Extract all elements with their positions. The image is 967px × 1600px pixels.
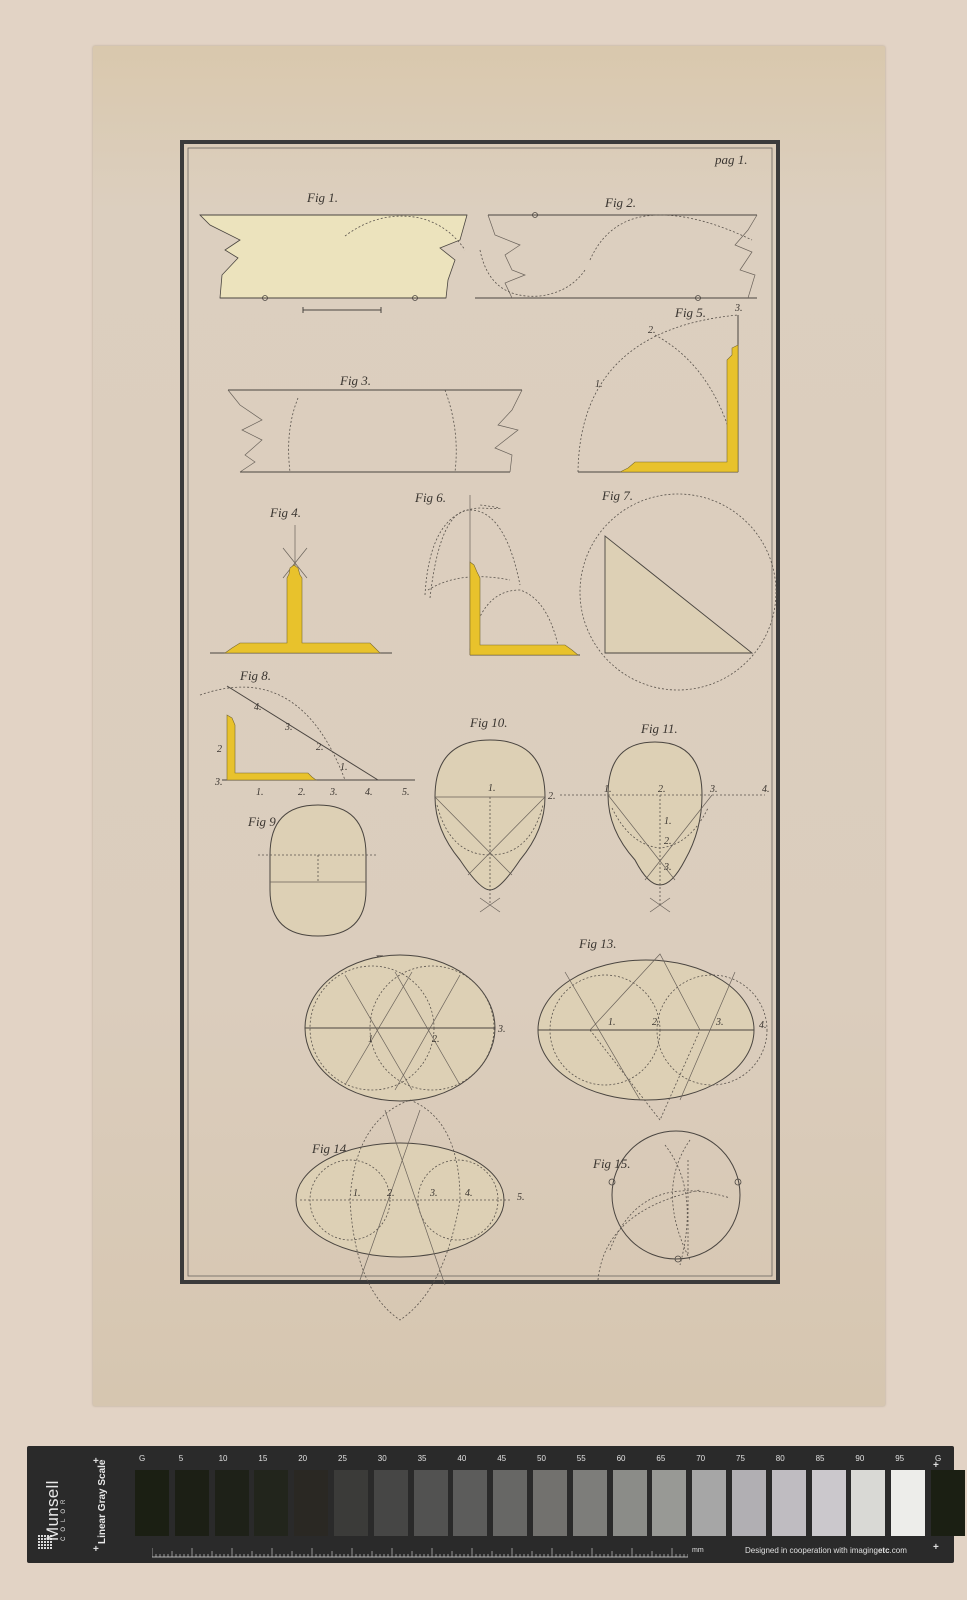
svg-text:3.: 3. <box>715 1017 724 1028</box>
gray-swatch <box>533 1470 567 1536</box>
svg-text:1.: 1. <box>604 784 612 795</box>
svg-text:2.: 2. <box>316 742 324 753</box>
svg-text:2.: 2. <box>432 1034 440 1045</box>
swatch-label: 65 <box>656 1454 690 1463</box>
svg-text:2.: 2. <box>548 791 556 802</box>
gray-swatch <box>374 1470 408 1536</box>
figure-6: Fig 6. <box>414 490 580 655</box>
swatch-label: 25 <box>338 1454 372 1463</box>
gray-swatch <box>215 1470 249 1536</box>
page-label: pag 1. <box>714 152 748 167</box>
registration-mark-icon: + <box>93 1544 99 1555</box>
svg-text:2.: 2. <box>664 836 672 847</box>
figure-8-label: Fig 8. <box>239 668 271 683</box>
gray-swatch <box>453 1470 487 1536</box>
figure-12: Fig 12. 1 2. 3. <box>305 952 506 1101</box>
swatch-label: 90 <box>855 1454 889 1463</box>
svg-text:2.: 2. <box>652 1017 660 1028</box>
svg-text:2: 2 <box>217 744 222 755</box>
scale-name: Linear Gray Scale <box>97 1460 108 1545</box>
gray-swatch <box>573 1470 607 1536</box>
svg-text:1: 1 <box>368 1034 373 1045</box>
figure-9-label: Fig 9. <box>247 814 279 829</box>
munsell-brand: Munsell COLOR <box>43 1480 67 1541</box>
figure-15: Fig 15. <box>592 1131 741 1280</box>
mark: 2. <box>648 325 656 336</box>
swatch-label: 95 <box>895 1454 929 1463</box>
figure-2: Fig 2. <box>475 195 757 301</box>
gray-swatch <box>294 1470 328 1536</box>
figure-11-label: Fig 11. <box>640 721 678 736</box>
gray-swatch <box>772 1470 806 1536</box>
swatch-label: 40 <box>457 1454 491 1463</box>
swatch-label: 10 <box>219 1454 253 1463</box>
gray-swatch <box>891 1470 925 1536</box>
swatch-label: G <box>935 1454 967 1463</box>
swatch-label: 30 <box>378 1454 412 1463</box>
svg-text:3.: 3. <box>214 777 223 788</box>
munsell-gray-scale-chart: Munsell COLOR Linear Gray Scale + + + + … <box>27 1446 954 1563</box>
svg-text:5.: 5. <box>517 1192 525 1203</box>
gray-swatch <box>613 1470 647 1536</box>
mm-ruler <box>152 1546 688 1558</box>
gray-swatch <box>652 1470 686 1536</box>
svg-text:2.: 2. <box>298 787 306 798</box>
svg-text:3.: 3. <box>284 722 293 733</box>
registration-mark-icon: + <box>933 1542 939 1553</box>
swatch-label: G <box>139 1454 173 1463</box>
svg-text:1.: 1. <box>340 762 348 773</box>
figure-15-label: Fig 15. <box>592 1156 631 1171</box>
svg-text:1.: 1. <box>256 787 264 798</box>
svg-text:4.: 4. <box>365 787 373 798</box>
swatch-label: 85 <box>816 1454 850 1463</box>
svg-text:3.: 3. <box>329 787 338 798</box>
gray-swatch <box>931 1470 965 1536</box>
figure-5: Fig 5. 3. 2. 1. <box>578 303 743 472</box>
swatch-label: 20 <box>298 1454 332 1463</box>
figure-7-label: Fig 7. <box>601 488 633 503</box>
gray-swatch <box>175 1470 209 1536</box>
swatch-label: 55 <box>577 1454 611 1463</box>
gray-swatch <box>135 1470 169 1536</box>
svg-text:5.: 5. <box>402 787 410 798</box>
gray-swatch <box>732 1470 766 1536</box>
figure-1: Fig 1. <box>200 190 467 313</box>
svg-text:4.: 4. <box>759 1020 767 1031</box>
gray-swatch <box>254 1470 288 1536</box>
figure-9: Fig 9. <box>247 805 378 936</box>
gray-swatch <box>851 1470 885 1536</box>
svg-text:4.: 4. <box>465 1188 473 1199</box>
figure-10: Fig 10. 1. 2. <box>435 715 556 912</box>
swatch-label: 60 <box>617 1454 651 1463</box>
svg-text:3.: 3. <box>663 862 672 873</box>
svg-text:1.: 1. <box>488 783 496 794</box>
swatch-label: 80 <box>776 1454 810 1463</box>
figure-3: Fig 3. <box>228 373 522 472</box>
svg-text:1.: 1. <box>664 816 672 827</box>
figure-6-label: Fig 6. <box>414 490 446 505</box>
svg-text:4.: 4. <box>254 702 262 713</box>
mark: 3. <box>734 303 743 314</box>
svg-text:2.: 2. <box>387 1188 395 1199</box>
mark: 1. <box>595 379 603 390</box>
figure-13: Fig 13. 1. 2. 3. 4. <box>538 936 767 1120</box>
geometry-plate: .ink { stroke: #4a4540; fill: none; stro… <box>0 0 967 1420</box>
gray-swatch <box>334 1470 368 1536</box>
figure-11: Fig 11. 1. 2. 3. 4. 1. 2. 3. <box>560 721 770 912</box>
registration-mark-icon: + <box>93 1456 99 1467</box>
svg-text:2.: 2. <box>658 784 666 795</box>
svg-text:4.: 4. <box>762 784 770 795</box>
swatch-label: 15 <box>258 1454 292 1463</box>
swatch-label: 45 <box>497 1454 531 1463</box>
brand-name: Munsell <box>43 1480 63 1541</box>
svg-text:3.: 3. <box>497 1024 506 1035</box>
figure-5-label: Fig 5. <box>674 305 706 320</box>
svg-text:1.: 1. <box>608 1017 616 1028</box>
svg-text:3.: 3. <box>709 784 718 795</box>
gray-swatch <box>493 1470 527 1536</box>
figure-10-label: Fig 10. <box>469 715 508 730</box>
swatch-label: 35 <box>418 1454 452 1463</box>
swatch-label: 50 <box>537 1454 571 1463</box>
gray-swatch <box>692 1470 726 1536</box>
figure-13-label: Fig 13. <box>578 936 617 951</box>
credit-text: Designed in cooperation with imagingetc.… <box>745 1546 907 1555</box>
figure-8: Fig 8. 4. 3. 2. 1. 2 3. 1. 2. 3. 4. 5. <box>200 668 415 798</box>
gray-swatch <box>414 1470 448 1536</box>
swatch-label: 70 <box>696 1454 730 1463</box>
swatch-label: 5 <box>179 1454 213 1463</box>
figure-7: Fig 7. <box>580 488 776 690</box>
figure-2-label: Fig 2. <box>604 195 636 210</box>
figure-4-label: Fig 4. <box>269 505 301 520</box>
figure-3-label: Fig 3. <box>339 373 371 388</box>
figure-4: Fig 4. <box>210 505 392 653</box>
gray-swatch <box>812 1470 846 1536</box>
ruler-unit-label: mm <box>692 1547 704 1554</box>
figure-1-label: Fig 1. <box>306 190 338 205</box>
figure-14: Fig 14. 1. 2. 3. 4. 5. <box>296 1100 525 1320</box>
swatch-label: 75 <box>736 1454 770 1463</box>
svg-text:1.: 1. <box>353 1188 361 1199</box>
svg-text:3.: 3. <box>429 1188 438 1199</box>
